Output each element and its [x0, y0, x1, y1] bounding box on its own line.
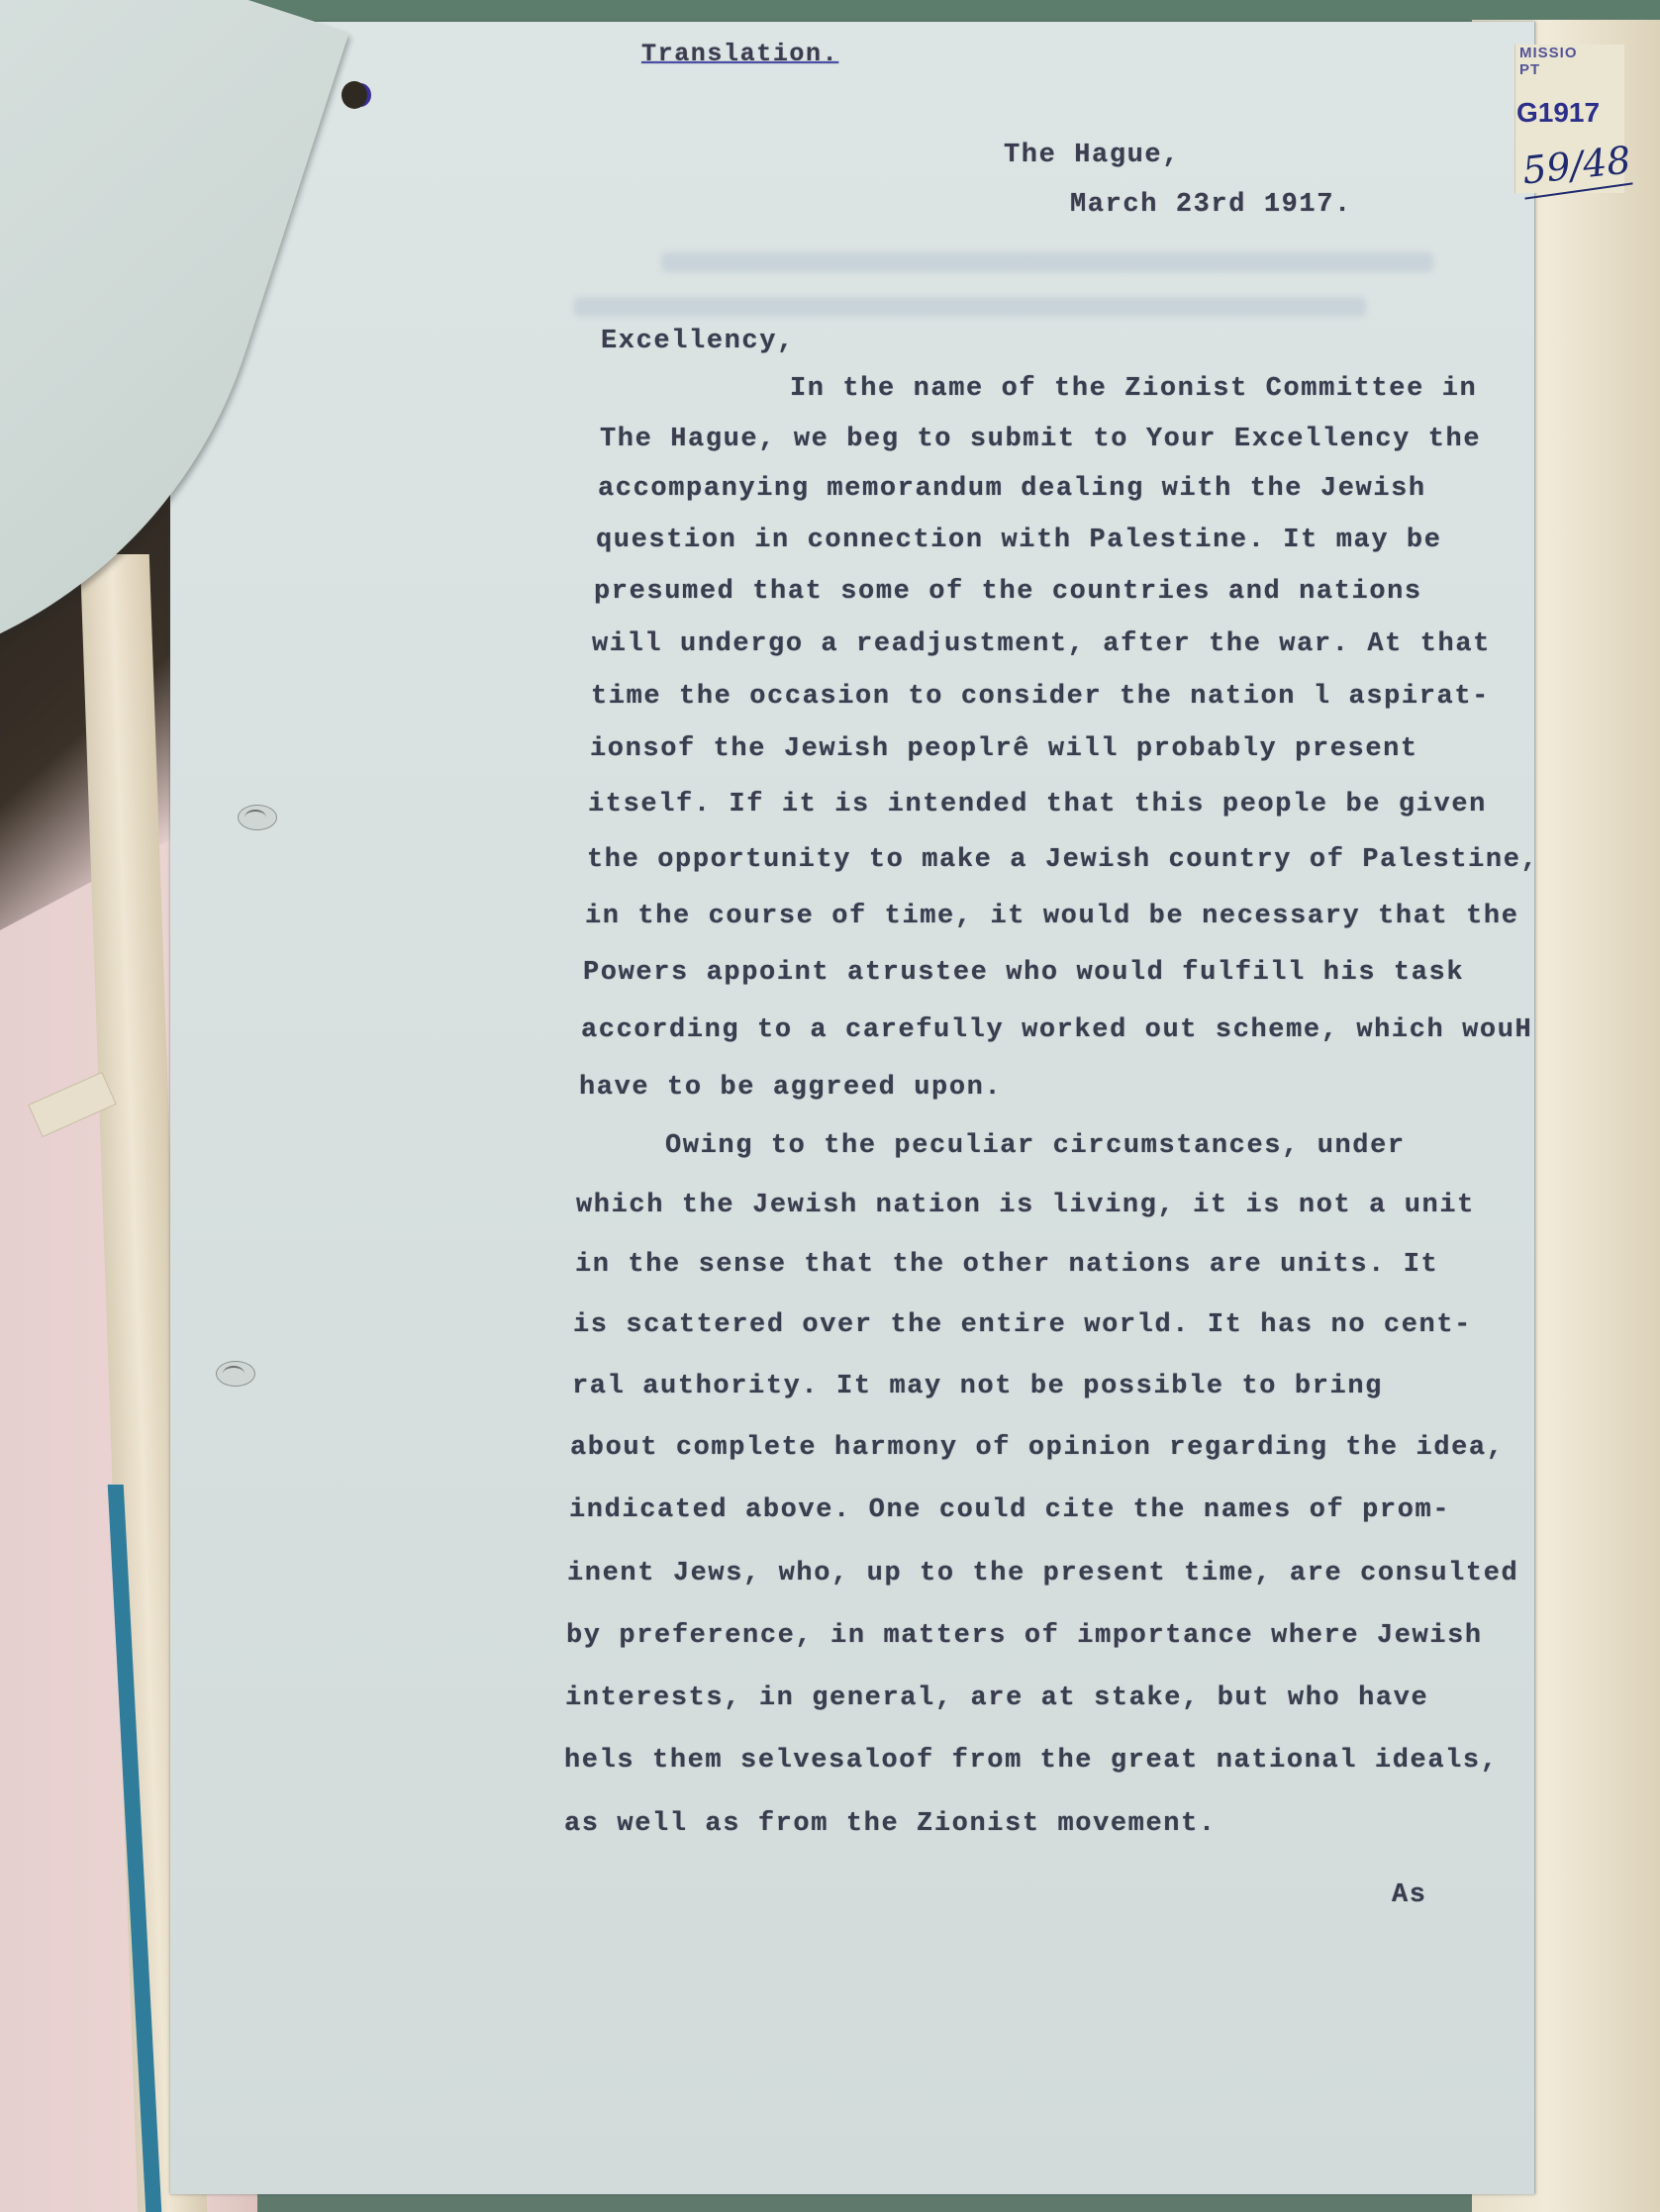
- document-heading: Translation.: [641, 40, 838, 68]
- letter-line: by preference, in matters of importance …: [566, 1621, 1483, 1651]
- archive-stamp-year: G1917: [1516, 97, 1600, 129]
- show-through-text: [574, 297, 1366, 317]
- archive-stamp-line1: MISSIO: [1519, 45, 1578, 61]
- letter-line: Owing to the peculiar circumstances, und…: [665, 1131, 1406, 1161]
- archive-stamp-line2: PT: [1519, 61, 1540, 78]
- letter-line: hels them selvesaloof from the great nat…: [564, 1746, 1499, 1776]
- letter-line: in the sense that the other nations are …: [575, 1250, 1438, 1280]
- letter-line: is scattered over the entire world. It h…: [573, 1310, 1472, 1340]
- document-page: [170, 22, 1535, 2194]
- catchword: As: [1392, 1880, 1427, 1910]
- letter-line: the opportunity to make a Jewish country…: [587, 845, 1538, 875]
- letter-line: Powers appoint atrustee who would fulfil…: [583, 958, 1464, 988]
- letter-line: in the course of time, it would be neces…: [585, 902, 1519, 931]
- letter-line: accompanying memorandum dealing with the…: [598, 474, 1426, 504]
- letter-line: question in connection with Palestine. I…: [596, 526, 1442, 555]
- show-through-text: [661, 252, 1433, 272]
- punch-hole-icon: [216, 1361, 255, 1387]
- letter-line: presumed that some of the countries and …: [594, 577, 1422, 607]
- letter-date: March 23rd 1917.: [1070, 190, 1352, 220]
- letter-line: indicated above. One could cite the name…: [569, 1495, 1450, 1525]
- letter-line: about complete harmony of opinion regard…: [570, 1433, 1505, 1463]
- letter-salutation: Excellency,: [601, 327, 795, 356]
- letter-line: will undergo a readjustment, after the w…: [592, 629, 1491, 659]
- letter-line: interests, in general, are at stake, but…: [565, 1683, 1428, 1713]
- letter-line: as well as from the Zionist movement.: [564, 1809, 1217, 1839]
- letter-line: which the Jewish nation is living, it is…: [576, 1191, 1475, 1220]
- letter-line: In the name of the Zionist Committee in: [790, 374, 1477, 404]
- punch-hole-icon: [238, 805, 277, 830]
- letter-line: have to be aggreed upon.: [579, 1073, 1002, 1103]
- binder-hole-icon: [342, 81, 367, 109]
- letter-line: time the occasion to consider the nation…: [591, 682, 1490, 712]
- letter-line: itself. If it is intended that this peop…: [588, 790, 1487, 819]
- letter-line: according to a carefully worked out sche…: [581, 1015, 1532, 1045]
- letter-line: ionsof the Jewish peoplrê will probably …: [590, 734, 1418, 764]
- letter-place: The Hague,: [1004, 141, 1180, 170]
- letter-line: inent Jews, who, up to the present time,…: [567, 1559, 1518, 1588]
- letter-line: The Hague, we beg to submit to Your Exce…: [600, 425, 1481, 454]
- letter-line: ral authority. It may not be possible to…: [572, 1372, 1383, 1401]
